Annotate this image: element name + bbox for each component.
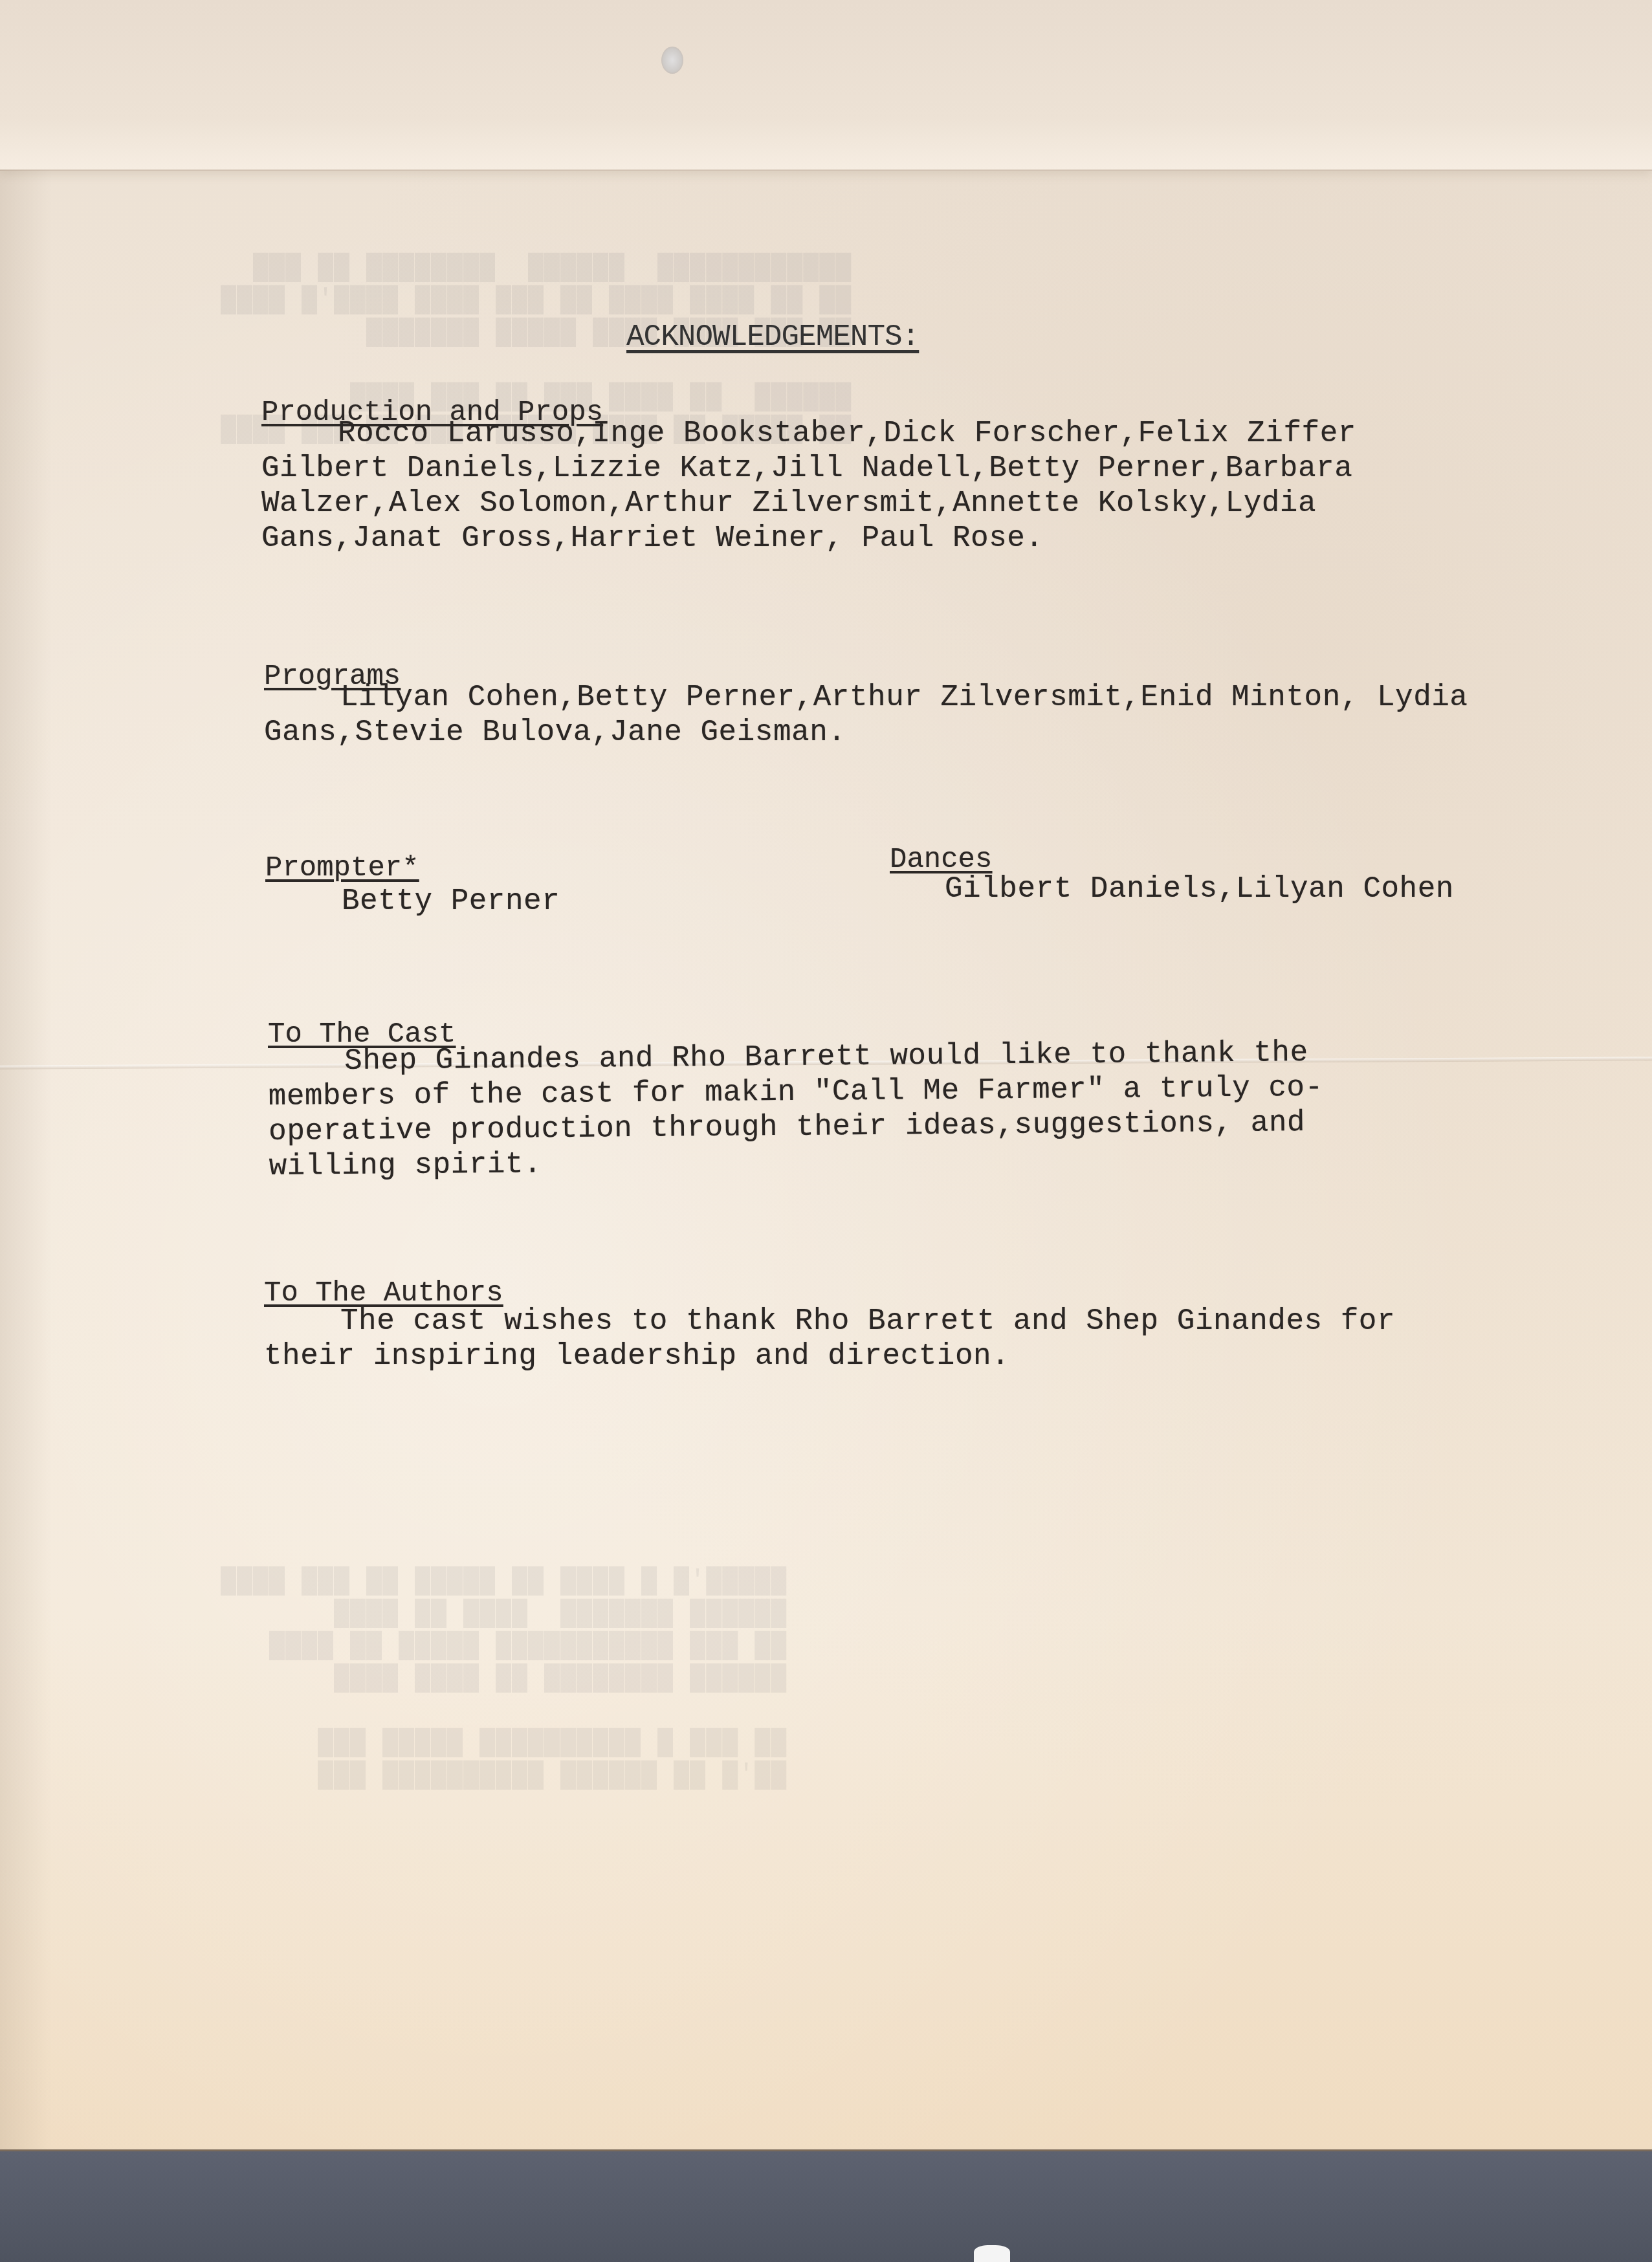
section-text-programs: Lilyan Cohen,Betty Perner,Arthur Zilvers… [264, 680, 1493, 750]
fold-shadow [0, 170, 52, 2149]
section-text-to-the-cast: Shep Ginandes and Rho Barrett would like… [268, 1034, 1434, 1184]
section-text-production-and-props: Rocco Larusso,Inge Bookstaber,Dick Forsc… [261, 416, 1491, 556]
section-heading-prompter: Prompter* [265, 851, 419, 885]
cast-message: Shep Ginandes and Rho Barrett would like… [268, 1036, 1327, 1183]
bleed-through-text: █████'█ █ ████ ██ █████ ██ ███ ████ ████… [220, 1566, 786, 1792]
section-text-prompter: Betty Perner [342, 884, 560, 919]
authors-message: The cast wishes to thank Rho Barrett and… [264, 1304, 1413, 1373]
programs-names: Lilyan Cohen,Betty Perner,Arthur Zilvers… [264, 681, 1486, 749]
punch-hole [661, 47, 683, 74]
section-text-to-the-authors: The cast wishes to thank Rho Barrett and… [264, 1304, 1493, 1374]
paper-tear [974, 2245, 1010, 2262]
page-title: ACKNOWLEDGEMENTS: [626, 320, 919, 354]
production-names: Rocco Larusso,Inge Bookstaber,Dick Forsc… [261, 417, 1374, 555]
section-text-dances: Gilbert Daniels,Lilyan Cohen [945, 872, 1454, 906]
scanner-backing-band [0, 2149, 1652, 2262]
top-folded-flap [0, 0, 1652, 171]
